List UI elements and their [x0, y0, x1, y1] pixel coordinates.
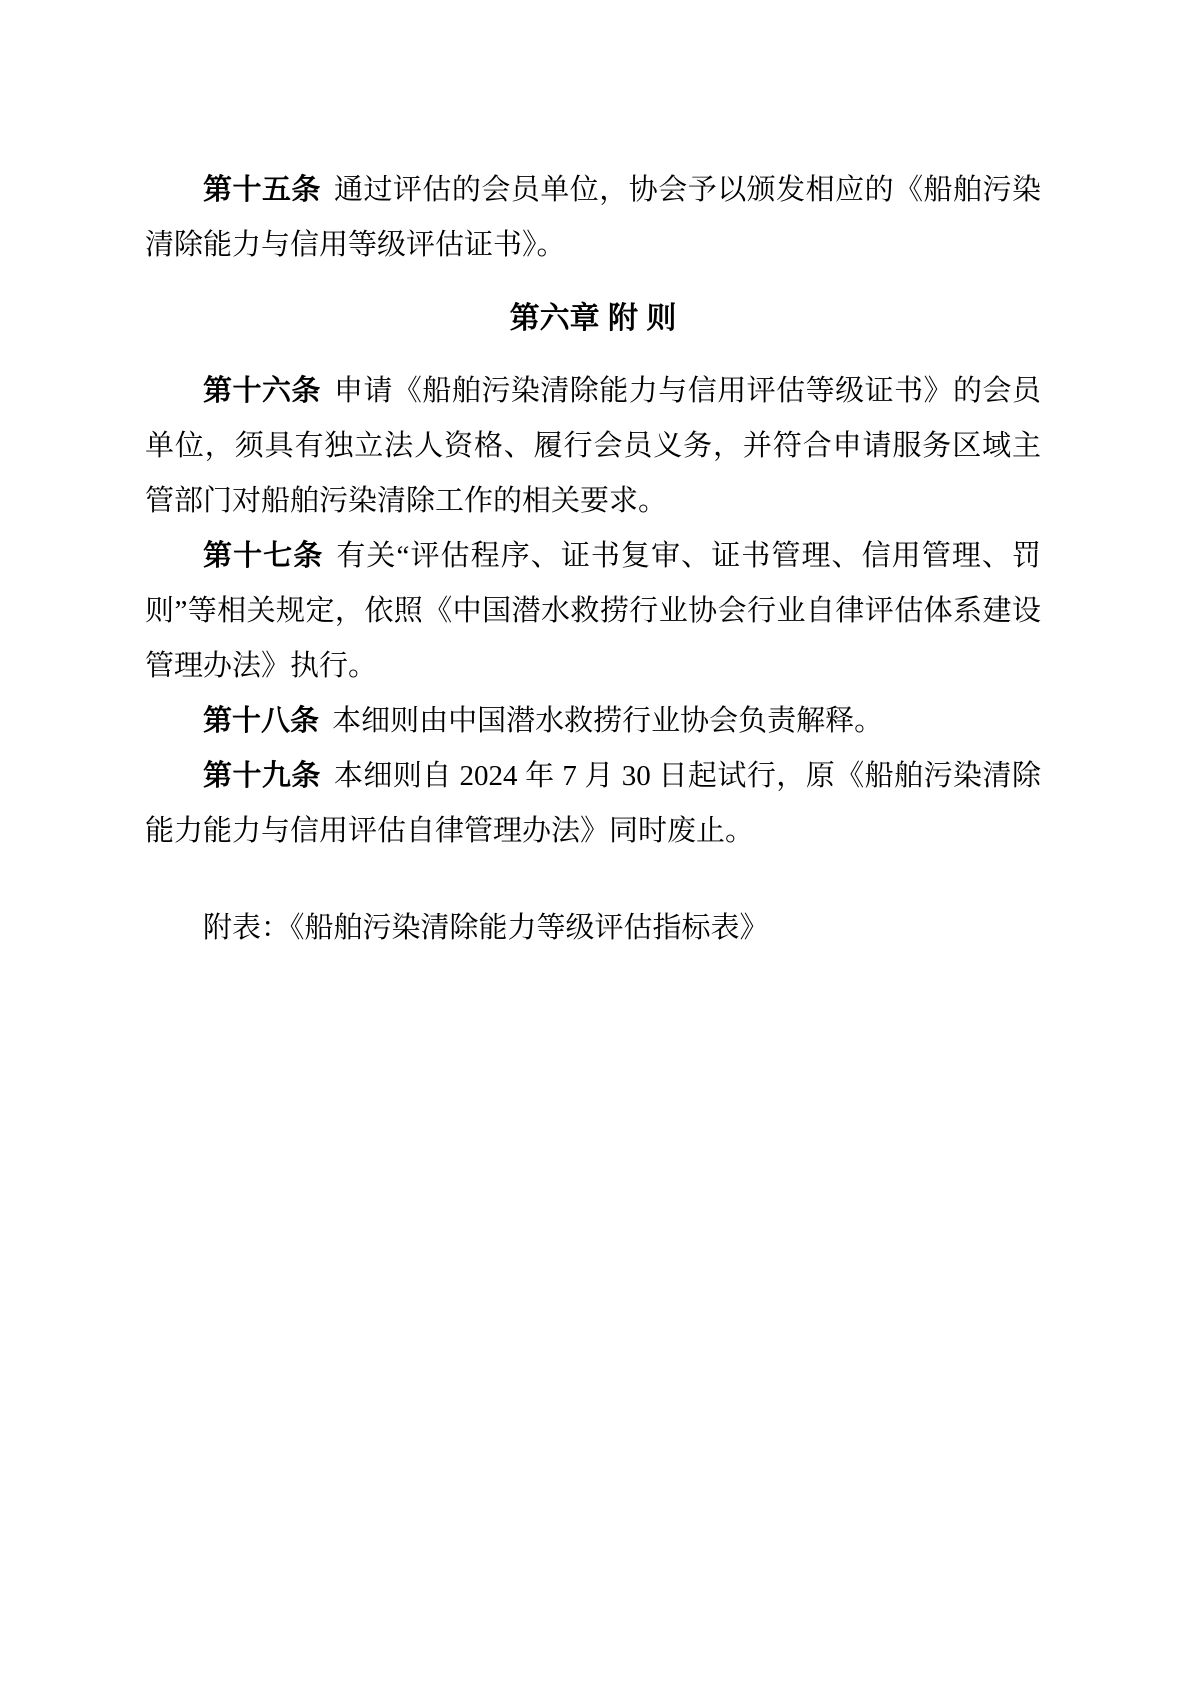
article-number-19: 第十九条 — [203, 760, 321, 792]
article-paragraph-17: 第十七条有关“评估程序、证书复审、证书管理、信用管理、罚则”等相关规定，依照《中… — [145, 529, 1041, 694]
article-paragraph-18: 第十八条本细则由中国潜水救捞行业协会负责解释。 — [145, 694, 1041, 749]
chapter-heading: 第六章 附 则 — [145, 291, 1041, 346]
article-paragraph-15: 第十五条通过评估的会员单位，协会予以颁发相应的《船舶污染清除能力与信用等级评估证… — [145, 163, 1041, 273]
article-number-15: 第十五条 — [203, 174, 321, 206]
article-number-18: 第十八条 — [203, 705, 319, 737]
document-page: 第十五条通过评估的会员单位，协会予以颁发相应的《船舶污染清除能力与信用等级评估证… — [0, 0, 1191, 1684]
appendix-note: 附表：《船舶污染清除能力等级评估指标表》 — [145, 901, 1041, 956]
article-text-18: 本细则由中国潜水救捞行业协会负责解释。 — [332, 705, 883, 737]
appendix-note-text: 附表：《船舶污染清除能力等级评估指标表》 — [203, 912, 769, 944]
article-paragraph-19: 第十九条本细则自 2024 年 7 月 30 日起试行，原《船舶污染清除能力能力… — [145, 749, 1041, 859]
article-paragraph-16: 第十六条申请《船舶污染清除能力与信用评估等级证书》的会员单位，须具有独立法人资格… — [145, 364, 1041, 529]
article-number-16: 第十六条 — [203, 375, 321, 407]
article-number-17: 第十七条 — [203, 540, 323, 572]
